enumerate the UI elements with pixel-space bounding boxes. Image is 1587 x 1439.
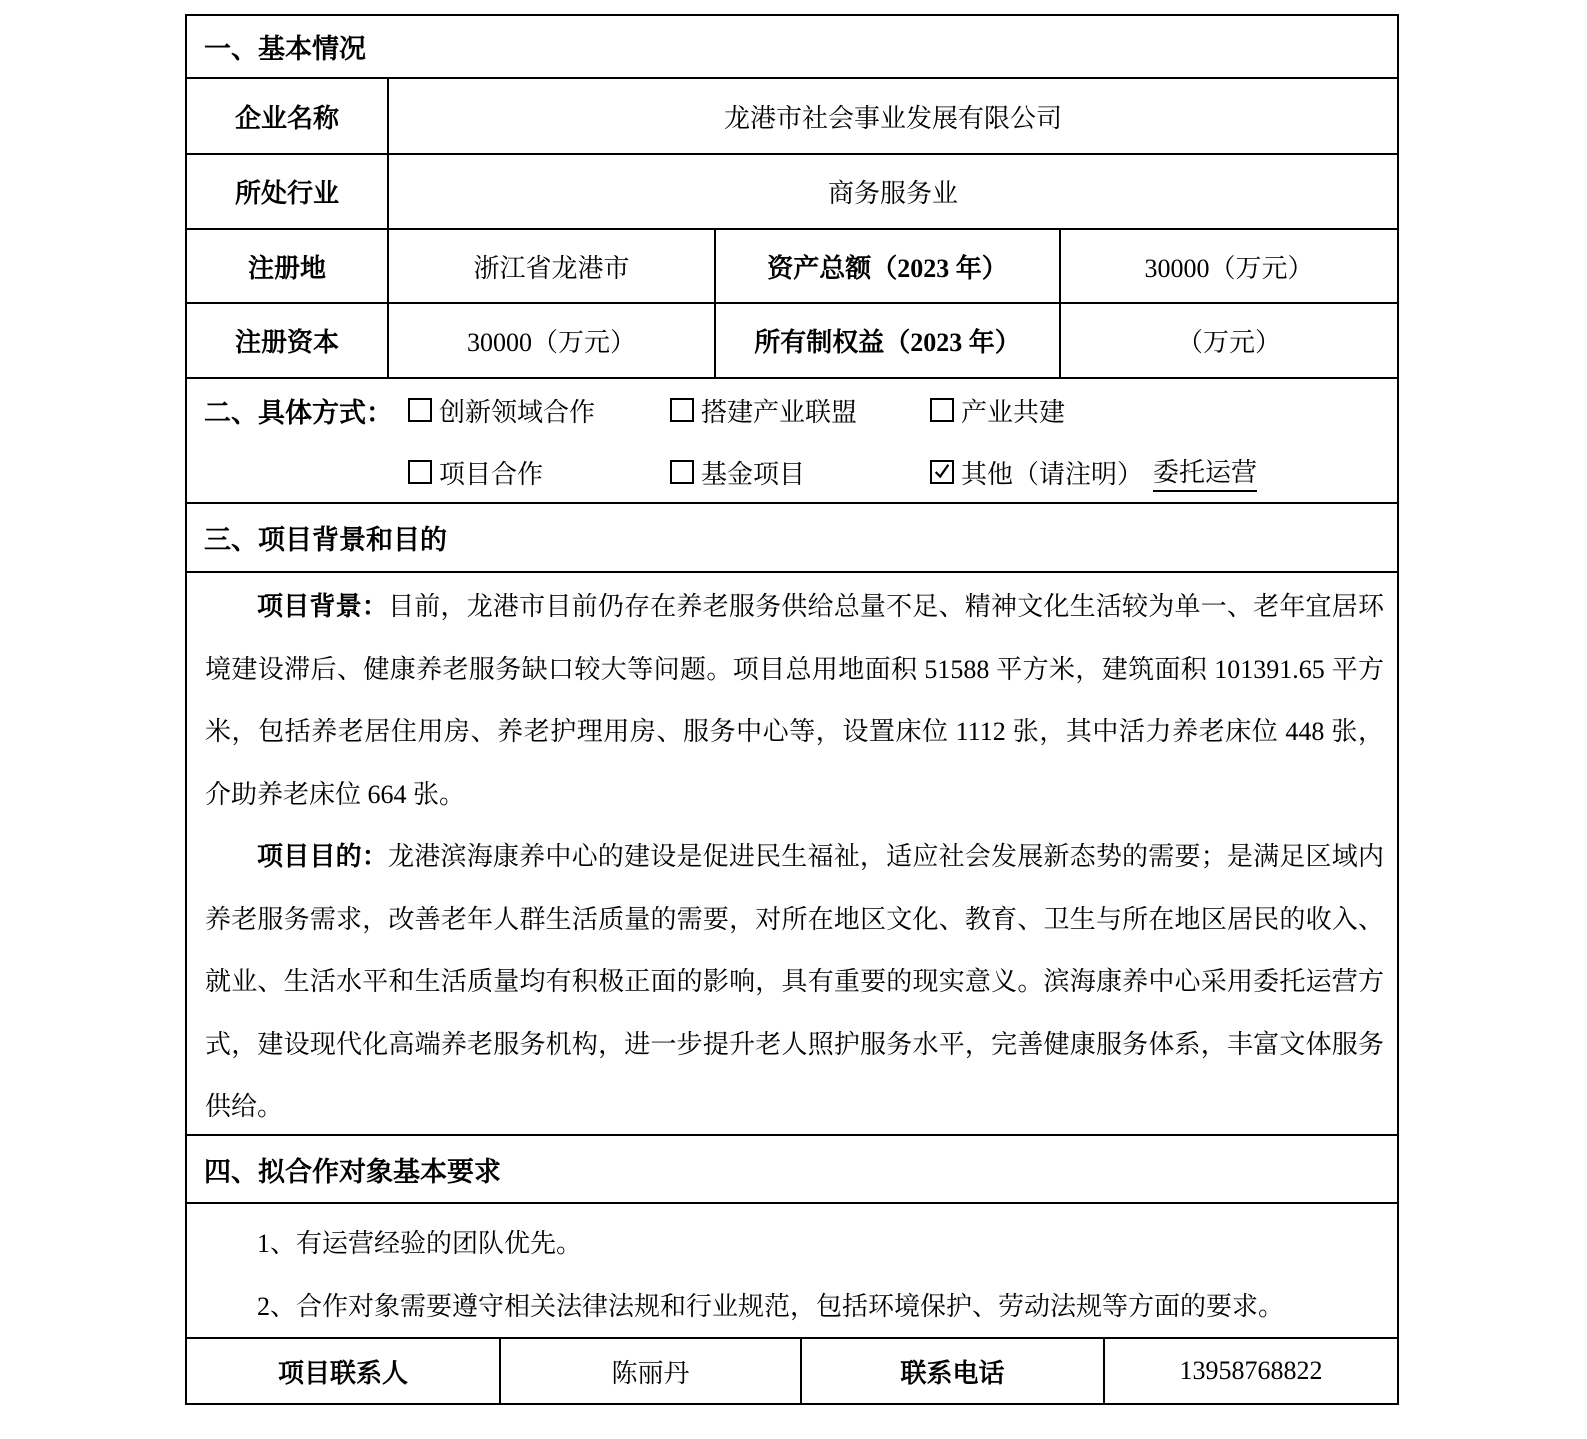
assets-value: 30000（万元） [1059, 230, 1397, 302]
section-background-title: 三、项目背景和目的 [187, 504, 1397, 571]
capital-label: 注册资本 [187, 304, 387, 377]
method-section-title: 二、具体方式： [204, 379, 408, 441]
contact-person-value: 陈丽丹 [499, 1339, 800, 1403]
checkbox-label: 其他（请注明） [961, 454, 1143, 491]
contact-phone-label: 联系电话 [800, 1339, 1103, 1403]
background-content-row: 项目背景：目前，龙港市目前仍存在养老服务供给总量不足、精神文化生活较为单一、老年… [187, 571, 1397, 1134]
checkmark-icon [932, 461, 952, 483]
contact-phone-value: 13958768822 [1103, 1339, 1397, 1403]
checkbox-label: 搭建产业联盟 [701, 392, 857, 429]
section-background-header-row: 三、项目背景和目的 [187, 502, 1397, 571]
paragraph-text: 龙港滨海康养中心的建设是促进民生福祉，适应社会发展新态势的需要；是满足区域内养老… [205, 842, 1384, 1121]
checkbox-icon[interactable] [670, 460, 694, 484]
industry-row: 所处行业 商务服务业 [187, 153, 1397, 228]
method-options-grid: 创新领域合作 搭建产业联盟 产业共建 项目合作 基金项目 [408, 379, 1397, 502]
checkbox-icon[interactable] [408, 398, 432, 422]
industry-label: 所处行业 [187, 155, 387, 228]
company-name-value: 龙港市社会事业发展有限公司 [387, 79, 1397, 153]
equity-value: （万元） [1059, 304, 1397, 377]
section-basic-info-title: 一、基本情况 [187, 16, 1397, 77]
requirements-content-row: 1、有运营经验的团队优先。 2、合作对象需要遵守相关法律法规和行业规范，包括环境… [187, 1202, 1397, 1337]
checkbox-icon[interactable] [670, 398, 694, 422]
requirement-item: 2、合作对象需要遵守相关法律法规和行业规范，包括环境保护、劳动法规等方面的要求。 [205, 1276, 1384, 1338]
reg-place-value: 浙江省龙港市 [387, 230, 714, 302]
project-purpose-paragraph: 项目目的：龙港滨海康养中心的建设是促进民生福祉，适应社会发展新态势的需要；是满足… [205, 826, 1384, 1134]
paragraph-lead: 项目背景： [257, 592, 388, 621]
checkbox-label: 项目合作 [439, 454, 543, 491]
contact-row: 项目联系人 陈丽丹 联系电话 13958768822 [187, 1337, 1397, 1403]
equity-label: 所有制权益（2023 年） [714, 304, 1059, 377]
section-requirements-header-row: 四、拟合作对象基本要求 [187, 1134, 1397, 1202]
paragraph-text: 目前，龙港市目前仍存在养老服务供给总量不足、精神文化生活较为单一、老年宜居环境建… [205, 592, 1384, 809]
registered-capital-row: 注册资本 30000（万元） 所有制权益（2023 年） （万元） [187, 302, 1397, 377]
paragraph-lead: 项目目的： [257, 842, 388, 871]
project-background-paragraph: 项目背景：目前，龙港市目前仍存在养老服务供给总量不足、精神文化生活较为单一、老年… [205, 576, 1384, 826]
assets-label: 资产总额（2023 年） [714, 230, 1059, 302]
section-basic-info-header-row: 一、基本情况 [187, 16, 1397, 77]
capital-value: 30000（万元） [387, 304, 714, 377]
cooperation-form-table: 一、基本情况 企业名称 龙港市社会事业发展有限公司 所处行业 商务服务业 注册地… [185, 14, 1399, 1405]
requirements-content-cell: 1、有运营经验的团队优先。 2、合作对象需要遵守相关法律法规和行业规范，包括环境… [187, 1204, 1397, 1337]
checkbox-option-industry-cobuild[interactable]: 产业共建 [930, 392, 1397, 429]
checkbox-checked-icon[interactable] [930, 460, 954, 484]
reg-place-label: 注册地 [187, 230, 387, 302]
checkbox-label: 产业共建 [961, 392, 1065, 429]
checkbox-icon[interactable] [408, 460, 432, 484]
checkbox-option-other[interactable]: 其他（请注明） 委托运营 [930, 452, 1397, 492]
company-name-label: 企业名称 [187, 79, 387, 153]
method-section-cell: 二、具体方式： 创新领域合作 搭建产业联盟 产业共建 项目合作 [187, 379, 1397, 502]
method-section-row: 二、具体方式： 创新领域合作 搭建产业联盟 产业共建 项目合作 [187, 377, 1397, 502]
checkbox-option-fund-project[interactable]: 基金项目 [670, 454, 930, 491]
checkbox-label: 基金项目 [701, 454, 805, 491]
registration-place-row: 注册地 浙江省龙港市 资产总额（2023 年） 30000（万元） [187, 228, 1397, 302]
requirement-item: 1、有运营经验的团队优先。 [205, 1213, 1384, 1276]
checkbox-option-industry-alliance[interactable]: 搭建产业联盟 [670, 392, 930, 429]
checkbox-label: 创新领域合作 [439, 392, 595, 429]
contact-person-label: 项目联系人 [187, 1339, 499, 1403]
checkbox-option-innovation[interactable]: 创新领域合作 [408, 392, 670, 429]
checkbox-icon[interactable] [930, 398, 954, 422]
company-name-row: 企业名称 龙港市社会事业发展有限公司 [187, 77, 1397, 153]
industry-value: 商务服务业 [387, 155, 1397, 228]
checkbox-option-project-cooperation[interactable]: 项目合作 [408, 454, 670, 491]
section-requirements-title: 四、拟合作对象基本要求 [187, 1136, 1397, 1202]
background-content-cell: 项目背景：目前，龙港市目前仍存在养老服务供给总量不足、精神文化生活较为单一、老年… [187, 573, 1397, 1134]
other-method-note: 委托运营 [1153, 452, 1257, 492]
